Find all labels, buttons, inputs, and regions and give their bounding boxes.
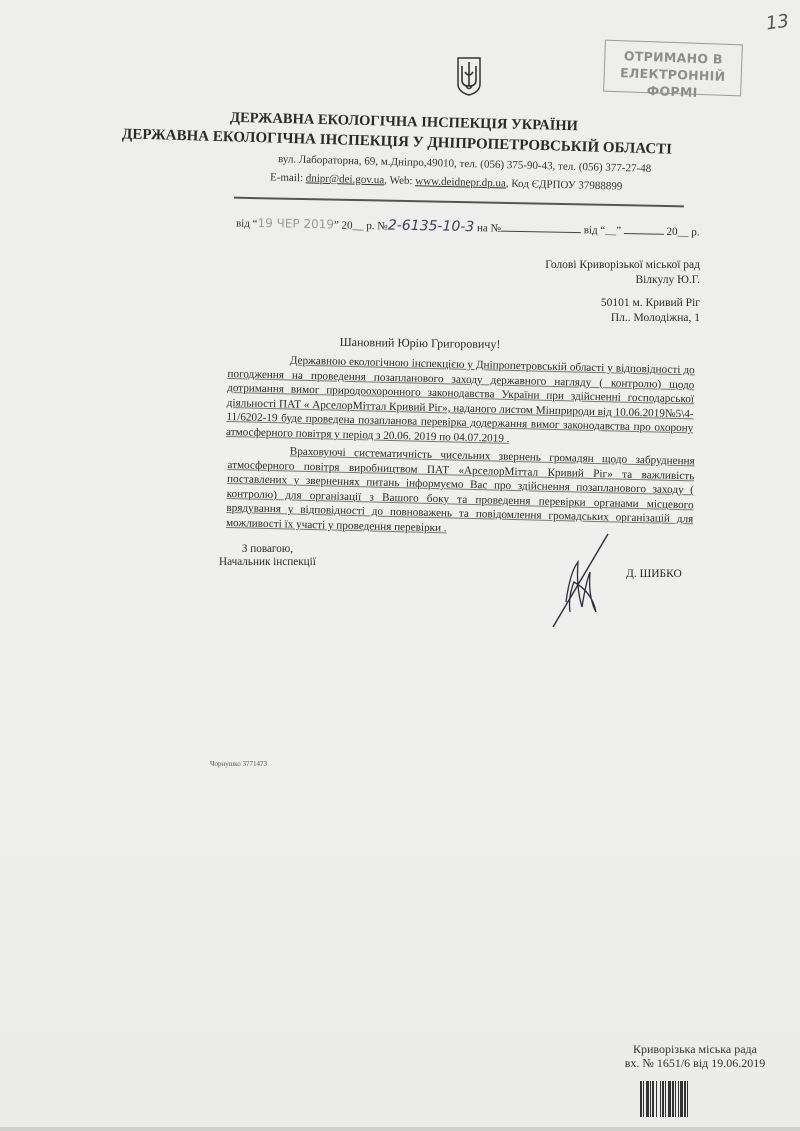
handwritten-page-number: 13 bbox=[765, 11, 791, 35]
email-link[interactable]: dnipr@dei.gov.ua bbox=[306, 172, 385, 186]
barcode bbox=[640, 1081, 738, 1117]
salutation: Шановний Юрію Григоровичу! bbox=[20, 330, 800, 356]
incoming-registration-stamp: Криворізька міська рада вх. № 1651/6 від… bbox=[620, 1042, 770, 1070]
handwritten-signature-icon bbox=[548, 532, 618, 632]
addressee-address: 50101 м. Кривий Ріг Пл.. Молодіжна, 1 bbox=[601, 296, 700, 326]
header-divider bbox=[234, 197, 684, 208]
addressee-block: Голові Криворізької міської рад Вілкулу … bbox=[545, 258, 700, 288]
received-electronic-stamp: ОТРИМАНО В ЕЛЕКТРОННІЙ ФОРМІ bbox=[603, 40, 743, 97]
reply-date-blank bbox=[624, 222, 664, 235]
executor-note: Чорнушко 3771473 bbox=[210, 760, 267, 768]
organization-contacts: E-mail: dnipr@dei.gov.ua, Web: www.deidn… bbox=[270, 171, 623, 192]
scanned-letter-page: 13 ОТРИМАНО В ЕЛЕКТРОННІЙ ФОРМІ ДЕРЖАВНА… bbox=[0, 0, 800, 1131]
signer-name: Д. ШИБКО bbox=[626, 568, 682, 580]
body-paragraph-1: Державною екологічною інспекцією у Дніпр… bbox=[226, 352, 695, 451]
page-edge bbox=[0, 1127, 800, 1131]
date-stamp: 19 ЧЕР 2019 bbox=[257, 216, 334, 231]
closing-block: З повагою, Начальник інспекції bbox=[219, 543, 316, 569]
outgoing-number: 2-6135-10-3 bbox=[388, 217, 475, 235]
reply-number-blank bbox=[501, 220, 581, 234]
trident-emblem-icon bbox=[456, 56, 482, 96]
outgoing-reference-line: від “19 ЧЕР 2019” 20__ р. №2-6135-10-3 н… bbox=[236, 215, 700, 240]
stamp-line-2: ЕЛЕКТРОННІЙ ФОРМІ bbox=[604, 64, 741, 103]
body-paragraph-2: Враховуючі систематичність чисельних зве… bbox=[226, 443, 695, 542]
website-link[interactable]: www.deidnepr.dp.ua bbox=[415, 175, 506, 189]
